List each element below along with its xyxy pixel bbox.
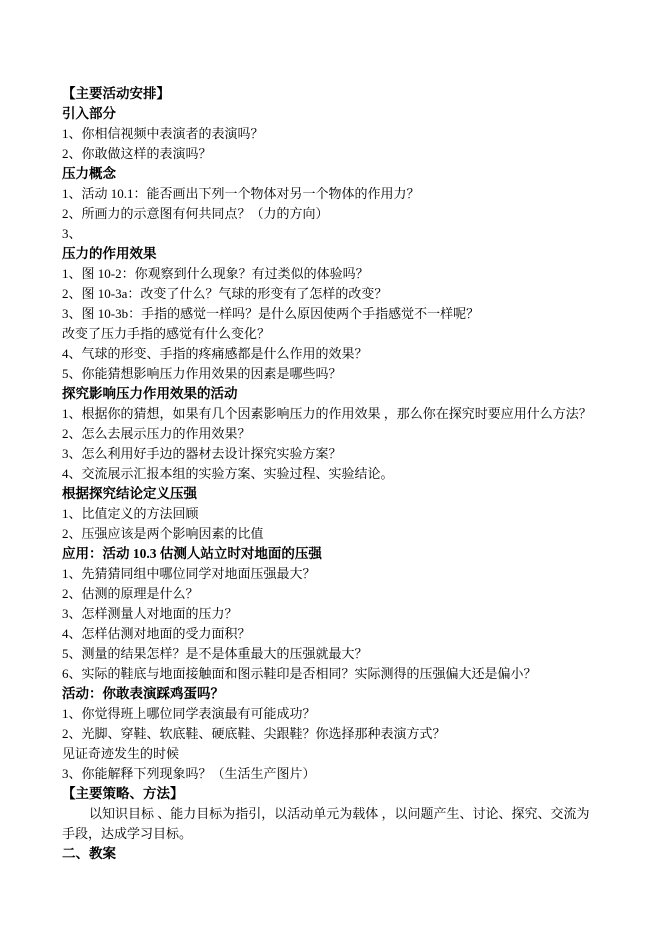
- text-line: 见证奇迹发生的时候: [62, 744, 647, 764]
- text-line: 3、怎么利用好手边的器材去设计探究实验方案？: [62, 444, 647, 464]
- heading-line: 探究影响压力作用效果的活动: [62, 384, 647, 404]
- text-line: 2、光脚、穿鞋、软底鞋、硬底鞋、尖跟鞋？你选择那种表演方式？: [62, 724, 647, 744]
- heading-line: 应用：活动 10.3 估测人站立时对地面的压强: [62, 544, 647, 564]
- text-line: 手段，达成学习目标。: [62, 824, 647, 844]
- text-line: 3、怎样测量人对地面的压力？: [62, 604, 647, 624]
- text-line: 2、你敢做这样的表演吗？: [62, 144, 647, 164]
- text-line: 1、活动 10.1：能否画出下列一个物体对另一个物体的作用力？: [62, 184, 647, 204]
- heading-line: 【主要策略、方法】: [62, 784, 647, 804]
- text-line: 5、测量的结果怎样？是不是体重最大的压强就最大？: [62, 644, 647, 664]
- text-line: 6、实际的鞋底与地面接触面和图示鞋印是否相同？实际测得的压强偏大还是偏小？: [62, 664, 647, 684]
- text-line: 4、交流展示汇报本组的实验方案、实验过程、实验结论。: [62, 464, 647, 484]
- text-line: 改变了压力手指的感觉有什么变化？: [62, 324, 647, 344]
- document-page: 【主要活动安排】引入部分1、你相信视频中表演者的表演吗？2、你敢做这样的表演吗？…: [0, 0, 661, 935]
- heading-line: 压力概念: [62, 164, 647, 184]
- heading-line: 压力的作用效果: [62, 244, 647, 264]
- text-line: 1、比值定义的方法回顾: [62, 504, 647, 524]
- text-line: 1、你相信视频中表演者的表演吗？: [62, 124, 647, 144]
- text-line: 3、你能解释下列现象吗？（生活生产图片）: [62, 764, 647, 784]
- text-line: 4、气球的形变、手指的疼痛感都是什么作用的效果？: [62, 344, 647, 364]
- text-line: 4、怎样估测对地面的受力面积？: [62, 624, 647, 644]
- heading-line: 根据探究结论定义压强: [62, 484, 647, 504]
- text-line: 2、估测的原理是什么？: [62, 584, 647, 604]
- text-line: 5、你能猜想影响压力作用效果的因素是哪些吗？: [62, 364, 647, 384]
- text-line: 以知识目标 、能力目标为指引，以活动单元为载体 ，以问题产生、讨论、探究、交流为: [62, 804, 647, 824]
- text-line: 2、怎么去展示压力的作用效果？: [62, 424, 647, 444]
- text-line: 1、图 10-2：你观察到什么现象？有过类似的体验吗？: [62, 264, 647, 284]
- heading-line: 引入部分: [62, 104, 647, 124]
- text-line: 2、压强应该是两个影响因素的比值: [62, 524, 647, 544]
- heading-line: 二、教案: [62, 844, 647, 864]
- heading-line: 活动：你敢表演踩鸡蛋吗？: [62, 684, 647, 704]
- text-line: 2、所画力的示意图有何共同点？（力的方向）: [62, 204, 647, 224]
- document-content: 【主要活动安排】引入部分1、你相信视频中表演者的表演吗？2、你敢做这样的表演吗？…: [62, 84, 647, 864]
- heading-line: 【主要活动安排】: [62, 84, 647, 104]
- text-line: 3、图 10-3b：手指的感觉一样吗？是什么原因使两个手指感觉不一样呢？: [62, 304, 647, 324]
- text-line: 3、: [62, 224, 647, 244]
- text-line: 2、图 10-3a：改变了什么？气球的形变有了怎样的改变？: [62, 284, 647, 304]
- text-line: 1、你觉得班上哪位同学表演最有可能成功？: [62, 704, 647, 724]
- text-line: 1、根据你的猜想，如果有几个因素影响压力的作用效果 ，那么你在探究时要应用什么方…: [62, 404, 647, 424]
- text-line: 1、先猜猜同组中哪位同学对地面压强最大？: [62, 564, 647, 584]
